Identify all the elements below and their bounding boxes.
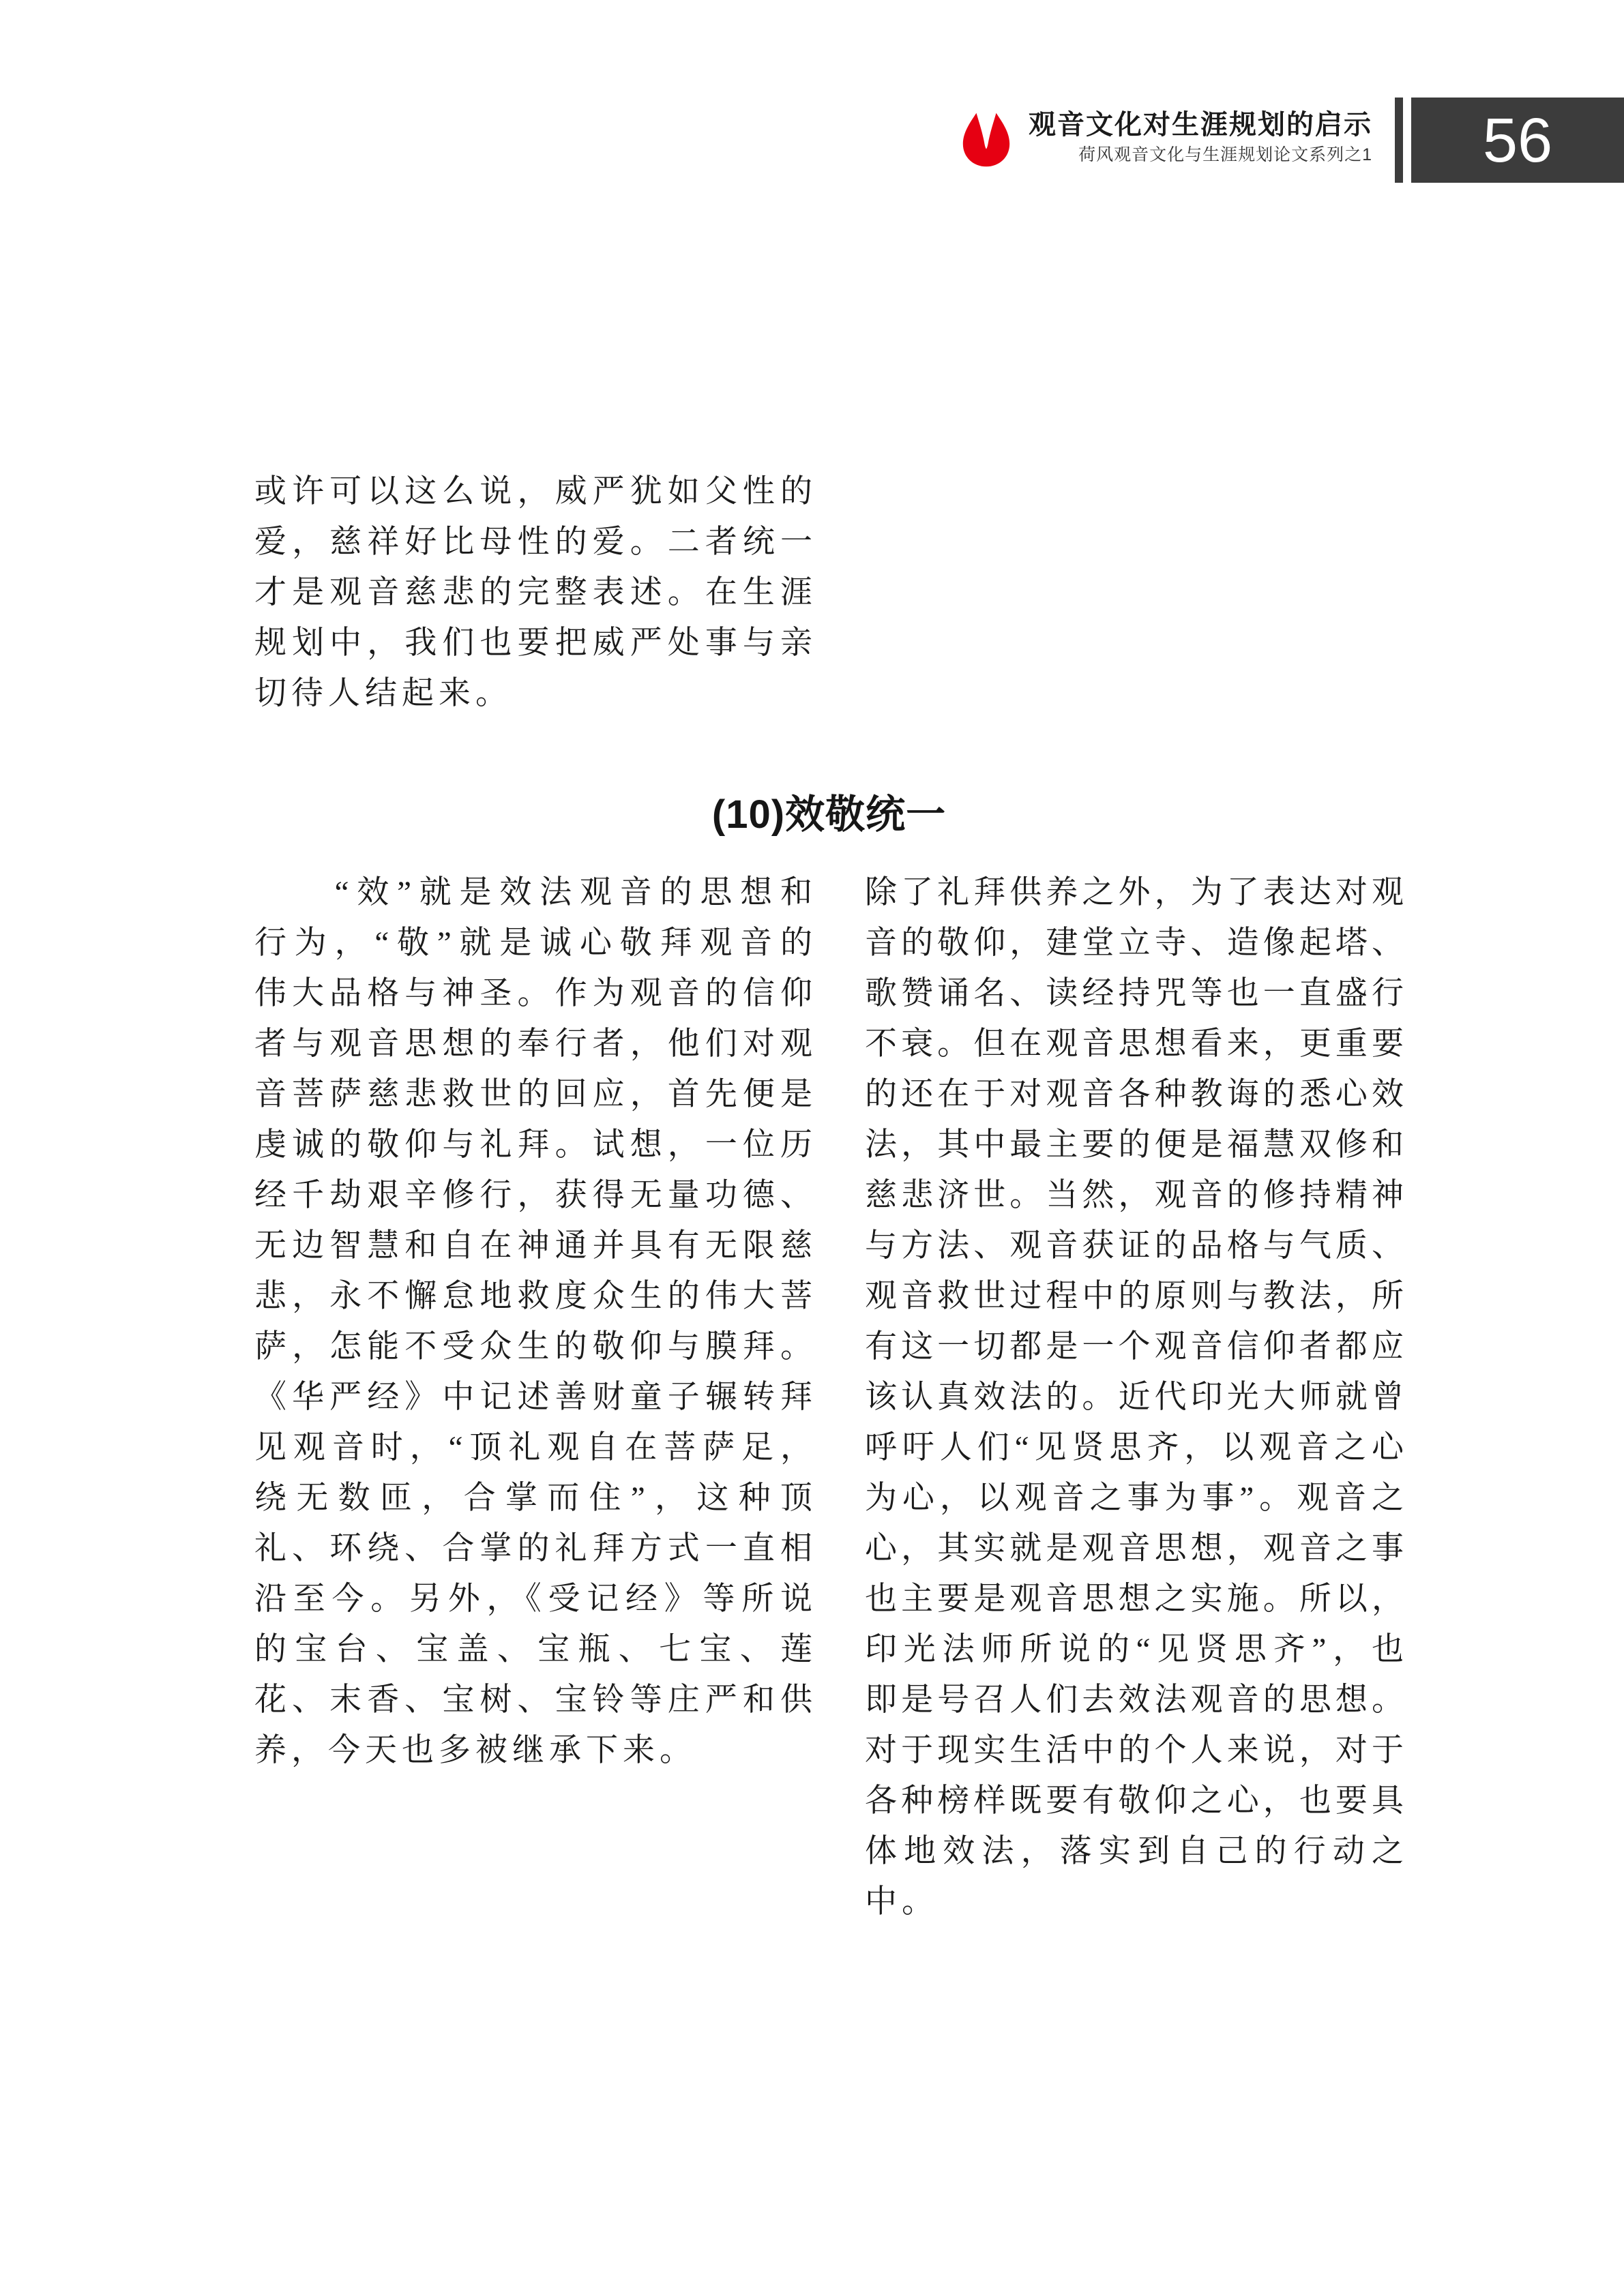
text-line: 绕无数匝，合掌而住”，这种顶 — [254, 1473, 812, 1523]
text-line: 切待人结起来。 — [254, 668, 812, 719]
text-line: 萨，怎能不受众生的敬仰与膜拜。 — [254, 1322, 812, 1372]
text-line: 与方法、观音获证的品格与气质、 — [865, 1221, 1404, 1271]
text-line: 悲，永不懈怠地救度众生的伟大菩 — [254, 1271, 812, 1322]
text-line: 虔诚的敬仰与礼拜。试想，一位历 — [254, 1120, 812, 1170]
header-text-block: 观音文化对生涯规划的启示 荷风观音文化与生涯规划论文系列之1 — [750, 109, 1372, 165]
text-line: 印光法师所说的“见贤思齐”，也 — [865, 1624, 1404, 1675]
text-line: 该认真效法的。近代印光大师就曾 — [865, 1372, 1404, 1422]
text-line: 呼吁人们“见贤思齐，以观音之心 — [865, 1422, 1404, 1473]
text-line: 慈悲济世。当然，观音的修持精神 — [865, 1170, 1404, 1221]
text-line: 的还在于对观音各种教诲的悉心效 — [865, 1069, 1404, 1120]
text-line: 行为，“敬”就是诚心敬拜观音的 — [254, 918, 812, 968]
text-line: 爱，慈祥好比母性的爱。二者统一 — [254, 517, 812, 567]
section-heading: (10)效敬统一 — [254, 790, 1404, 840]
text-line: 礼、环绕、合掌的礼拜方式一直相 — [254, 1523, 812, 1574]
text-line: 有这一切都是一个观音信仰者都应 — [865, 1322, 1404, 1372]
text-line: 法，其中最主要的便是福慧双修和 — [865, 1120, 1404, 1170]
text-line: 才是观音慈悲的完整表述。在生涯 — [254, 567, 812, 618]
text-line: 或许可以这么说，威严犹如父性的 — [254, 466, 812, 517]
text-line: 养，今天也多被继承下来。 — [254, 1725, 812, 1776]
text-line: 心，其实就是观音思想，观音之事 — [865, 1523, 1404, 1574]
page-number: 56 — [1483, 109, 1552, 172]
intro-paragraph: 或许可以这么说，威严犹如父性的爱，慈祥好比母性的爱。二者统一才是观音慈悲的完整表… — [254, 466, 812, 719]
text-line: 无边智慧和自在神通并具有无限慈 — [254, 1221, 812, 1271]
text-line: 伟大品格与神圣。作为观音的信仰 — [254, 968, 812, 1019]
text-line: 各种榜样既要有敬仰之心，也要具 — [865, 1776, 1404, 1826]
text-line: 音菩萨慈悲救世的回应，首先便是 — [254, 1069, 812, 1120]
text-line: 歌赞诵名、读经持咒等也一直盛行 — [865, 968, 1404, 1019]
text-line: 对于现实生活中的个人来说，对于 — [865, 1725, 1404, 1776]
header-subtitle: 荷风观音文化与生涯规划论文系列之1 — [750, 145, 1372, 165]
text-line: 者与观音思想的奉行者，他们对观 — [254, 1019, 812, 1069]
document-page: 观音文化对生涯规划的启示 荷风观音文化与生涯规划论文系列之1 56 或许可以这么… — [0, 0, 1624, 2296]
text-line: 《华严经》中记述善财童子辗转拜 — [254, 1372, 812, 1422]
text-line: 不衰。但在观音思想看来，更重要 — [865, 1019, 1404, 1069]
text-line: 经千劫艰辛修行，获得无量功德、 — [254, 1170, 812, 1221]
right-column: 除了礼拜供养之外，为了表达对观音的敬仰，建堂立寺、造像起塔、歌赞诵名、读经持咒等… — [865, 867, 1404, 1927]
left-column: “效”就是效法观音的思想和行为，“敬”就是诚心敬拜观音的伟大品格与神圣。作为观音… — [254, 867, 812, 1776]
text-line: 即是号召人们去效法观音的思想。 — [865, 1675, 1404, 1725]
text-line: 音的敬仰，建堂立寺、造像起塔、 — [865, 918, 1404, 968]
text-line: 花、末香、宝树、宝铃等庄严和供 — [254, 1675, 812, 1725]
header-divider-bar — [1395, 98, 1403, 183]
text-line: 除了礼拜供养之外，为了表达对观 — [865, 867, 1404, 918]
text-line: 体地效法，落实到自己的行动之 — [865, 1826, 1404, 1877]
page-number-box: 56 — [1411, 98, 1624, 183]
header-title: 观音文化对生涯规划的启示 — [750, 109, 1372, 140]
text-line: 也主要是观音思想之实施。所以， — [865, 1574, 1404, 1624]
text-line: 规划中，我们也要把威严处事与亲 — [254, 618, 812, 668]
text-line: 的宝台、宝盖、宝瓶、七宝、莲 — [254, 1624, 812, 1675]
text-line: 观音救世过程中的原则与教法，所 — [865, 1271, 1404, 1322]
text-line: 为心，以观音之事为事”。观音之 — [865, 1473, 1404, 1523]
text-line: 见观音时，“顶礼观自在菩萨足， — [254, 1422, 812, 1473]
text-line: 沿至今。另外，《受记经》等所说 — [254, 1574, 812, 1624]
text-line: 中。 — [865, 1877, 1404, 1927]
text-line: “效”就是效法观音的思想和 — [254, 867, 812, 918]
